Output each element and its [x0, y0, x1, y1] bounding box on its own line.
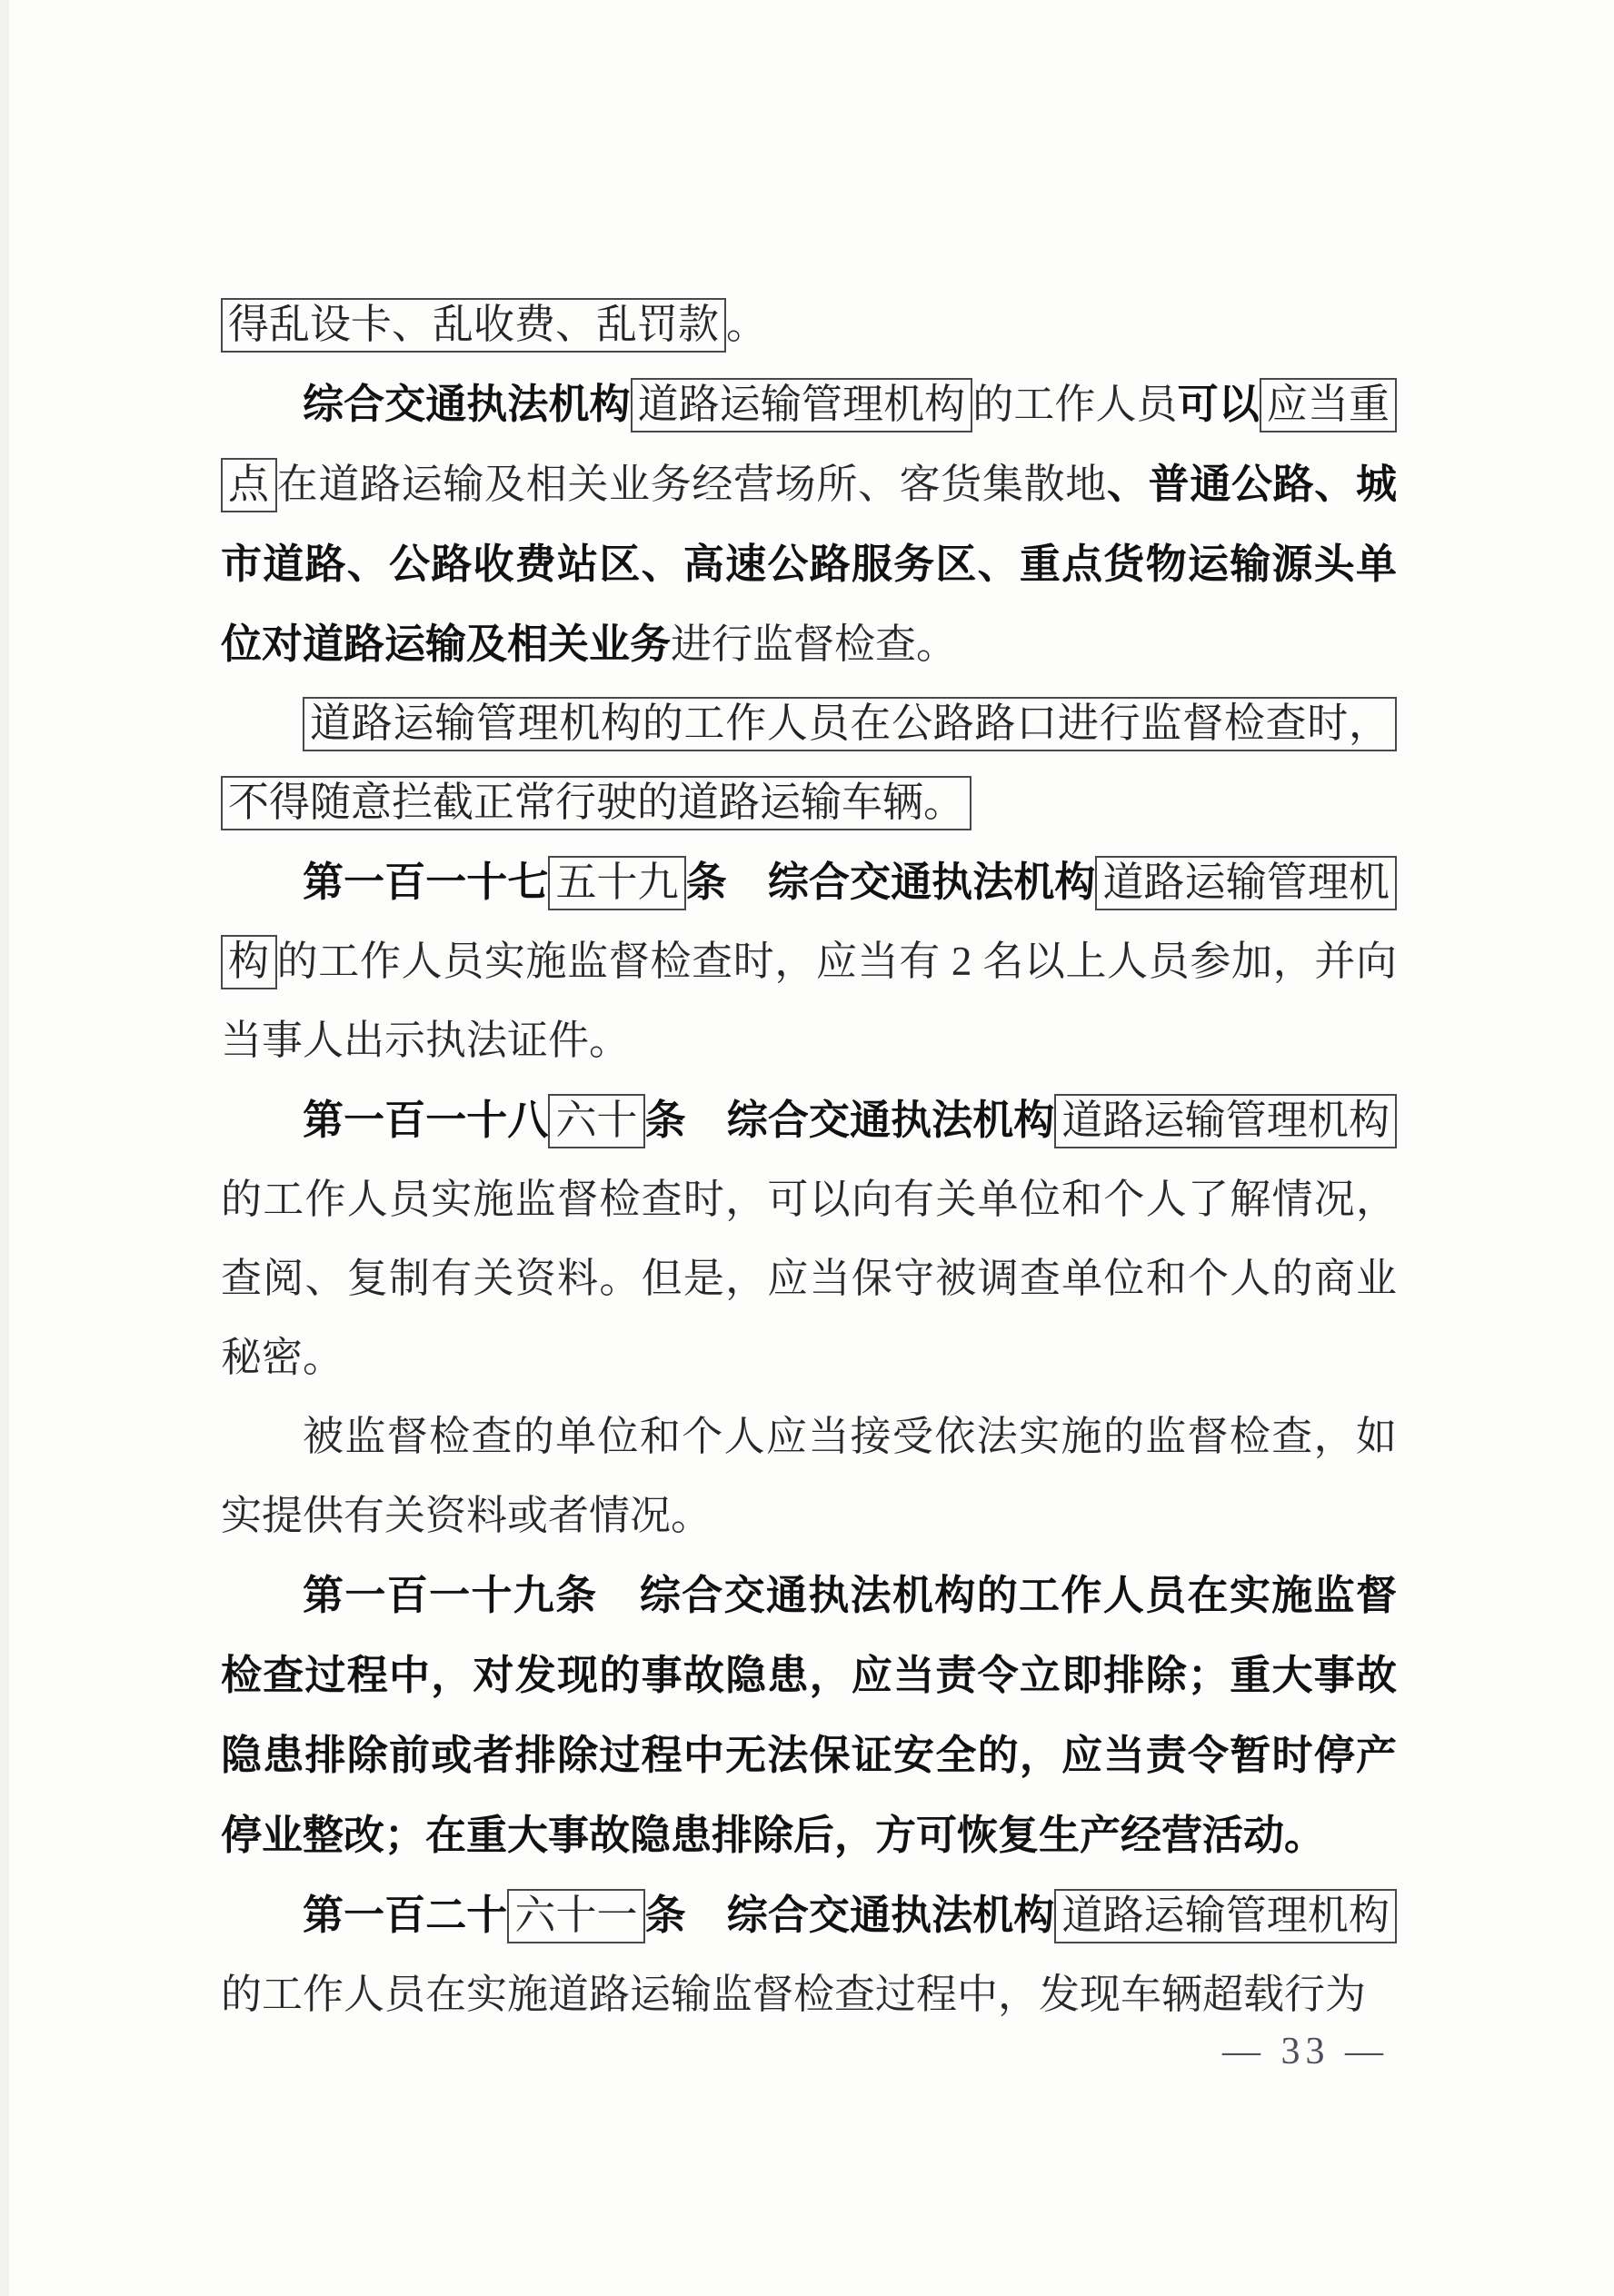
inserted-text-run: 第一百二十	[303, 1892, 507, 1938]
paragraph: 第一百二十六十一条 综合交通执法机构道路运输管理机构的工作人员在实施道路运输监督…	[221, 1875, 1397, 2034]
paragraph: 被监督检查的单位和个人应当接受依法实施的监督检查，如实提供有关资料或者情况。	[221, 1397, 1397, 1556]
deleted-text-box: 五十九	[548, 856, 685, 910]
body-text-run: 的工作人员实施监督检查时，应当有 2 名以上人员参加，并向当事人出示执法证件。	[221, 939, 1397, 1063]
paragraph: 第一百一十八六十条 综合交通执法机构道路运输管理机构的工作人员实施监督检查时，可…	[221, 1080, 1397, 1397]
deleted-text-box: 得乱设卡、乱收费、乱罚款	[221, 298, 726, 353]
paragraph: 综合交通执法机构道路运输管理机构的工作人员可以应当重点在道路运输及相关业务经营场…	[221, 364, 1397, 684]
body-text-run: 的工作人员	[972, 382, 1177, 427]
document-page: 得乱设卡、乱收费、乱罚款。综合交通执法机构道路运输管理机构的工作人员可以应当重点…	[0, 0, 1614, 2296]
body-text-run: 的工作人员在实施道路运输监督检查过程中，发现车辆超载行为	[221, 1972, 1366, 2017]
paragraph: 道路运输管理机构的工作人员在公路路口进行监督检查时，不得随意拦截正常行驶的道路运…	[221, 684, 1397, 842]
inserted-text-run: 综合交通执法机构	[303, 381, 631, 427]
deleted-text-box: 道路运输管理机构	[631, 378, 973, 432]
inserted-text-run: 第一百一十七	[303, 859, 548, 905]
paragraph: 得乱设卡、乱收费、乱罚款。	[221, 285, 1397, 364]
document-body: 得乱设卡、乱收费、乱罚款。综合交通执法机构道路运输管理机构的工作人员可以应当重点…	[221, 285, 1397, 2034]
inserted-text-run: 可以	[1178, 381, 1260, 427]
deleted-text-box: 道路运输管理机构	[1054, 1889, 1397, 1943]
inserted-text-run: 第一百一十九条 综合交通执法机构的工作人员在实施监督检查过程中，对发现的事故隐患…	[221, 1572, 1397, 1858]
body-text-run: 在道路运输及相关业务经营场所、客货集散地	[277, 462, 1107, 507]
paragraph: 第一百一十七五十九条 综合交通执法机构道路运输管理机构的工作人员实施监督检查时，…	[221, 842, 1397, 1080]
body-text-run: 被监督检查的单位和个人应当接受依法实施的监督检查，如实提供有关资料或者情况。	[221, 1414, 1397, 1538]
body-text-run: 。	[726, 302, 767, 347]
inserted-text-run: 条 综合交通执法机构	[645, 1892, 1055, 1938]
deleted-text-box: 道路运输管理机构	[1054, 1094, 1397, 1148]
body-text-run: 的工作人员实施监督检查时，可以向有关单位和个人了解情况，查阅、复制有关资料。但是…	[221, 1177, 1397, 1380]
inserted-text-run: 条 综合交通执法机构	[645, 1097, 1055, 1143]
paragraph: 第一百一十九条 综合交通执法机构的工作人员在实施监督检查过程中，对发现的事故隐患…	[221, 1556, 1397, 1875]
deleted-text-box: 六十一	[507, 1889, 644, 1943]
deleted-text-box: 道路运输管理机构的工作人员在公路路口进行监督检查时，不得随意拦截正常行驶的道路运…	[221, 697, 1397, 830]
deleted-text-box: 六十	[548, 1094, 644, 1148]
inserted-text-run: 条 综合交通执法机构	[686, 859, 1096, 905]
inserted-text-run: 第一百一十八	[303, 1097, 548, 1143]
scan-edge-artifact	[0, 0, 9, 2296]
body-text-run: 进行监督检查。	[671, 621, 957, 667]
page-number: — 33 —	[1222, 2030, 1389, 2073]
